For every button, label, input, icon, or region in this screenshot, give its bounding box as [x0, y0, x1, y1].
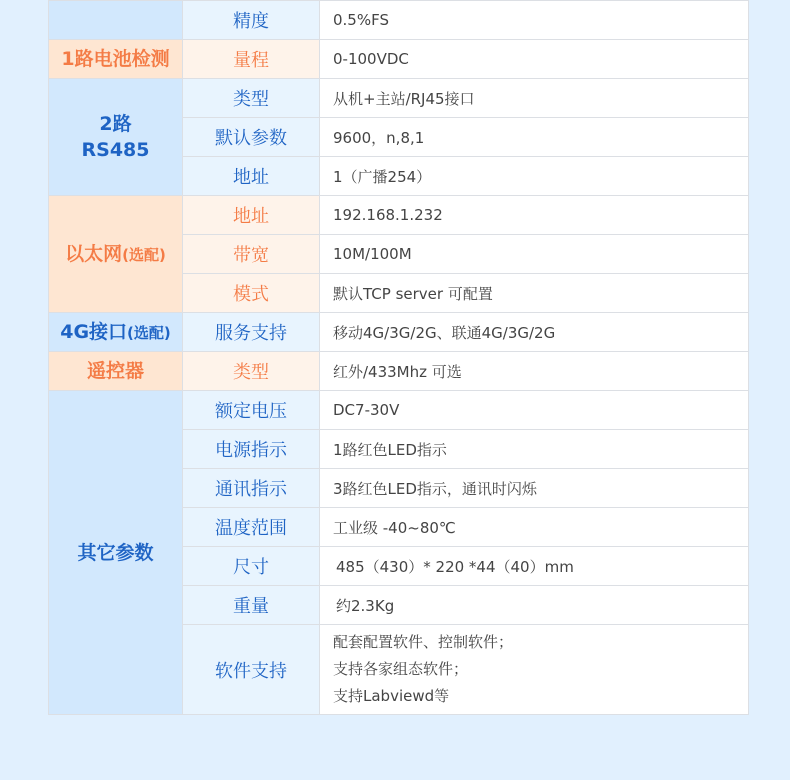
- spec-value-software: 配套配置软件、控制软件； 支持各家组态软件； 支持Labviewd等: [320, 625, 749, 715]
- spec-label-ip-address: 地址: [183, 196, 320, 235]
- spec-value-bandwidth: 10M/100M: [320, 235, 749, 274]
- spec-value-rs485-type: 从机+主站/RJ45接口: [320, 79, 749, 118]
- spec-label-mode: 模式: [183, 274, 320, 313]
- spec-value-comm-indicator: 3路红色LED指示，通讯时闪烁: [320, 469, 749, 508]
- spec-value-default-params: 9600，n,8,1: [320, 118, 749, 157]
- group-cell-rs485: 2路 RS485: [49, 79, 183, 196]
- group-cell-other: 其它参数: [49, 391, 183, 715]
- group-cell-ethernet: 以太网(选配): [49, 196, 183, 313]
- spec-value-accuracy: 0.5%FS: [320, 1, 749, 40]
- table-row: 4G接口(选配) 服务支持 移动4G/3G/2G、联通4G/3G/2G: [49, 313, 749, 352]
- spec-label-comm-indicator: 通讯指示: [183, 469, 320, 508]
- group-rs485-line2: RS485: [49, 137, 182, 163]
- spec-value-rs485-address: 1（广播254）: [320, 157, 749, 196]
- table-row: 以太网(选配) 地址 192.168.1.232: [49, 196, 749, 235]
- spec-label-rs485-address: 地址: [183, 157, 320, 196]
- spec-value-power-indicator: 1路红色LED指示: [320, 430, 749, 469]
- spec-value-temperature: 工业级 -40~80℃: [320, 508, 749, 547]
- software-line-3: 支持Labviewd等: [333, 683, 748, 710]
- spec-label-rated-voltage: 额定电压: [183, 391, 320, 430]
- spec-label-remote-type: 类型: [183, 352, 320, 391]
- group-ethernet-label: 以太网: [65, 243, 122, 265]
- spec-label-default-params: 默认参数: [183, 118, 320, 157]
- spec-value-range: 0-100VDC: [320, 40, 749, 79]
- table-row: 2路 RS485 类型 从机+主站/RJ45接口: [49, 79, 749, 118]
- table-row: 其它参数 额定电压 DC7-30V: [49, 391, 749, 430]
- software-line-1: 配套配置软件、控制软件；: [333, 629, 748, 656]
- spec-value-rated-voltage: DC7-30V: [320, 391, 749, 430]
- group-cell-top: [49, 1, 183, 40]
- spec-value-ip-address: 192.168.1.232: [320, 196, 749, 235]
- spec-value-weight: 约2.3Kg: [320, 586, 749, 625]
- table-row: 1路电池检测 量程 0-100VDC: [49, 40, 749, 79]
- group-cell-4g: 4G接口(选配): [49, 313, 183, 352]
- spec-label-temperature: 温度范围: [183, 508, 320, 547]
- spec-label-bandwidth: 带宽: [183, 235, 320, 274]
- spec-label-weight: 重量: [183, 586, 320, 625]
- spec-label-rs485-type: 类型: [183, 79, 320, 118]
- spec-label-size: 尺寸: [183, 547, 320, 586]
- spec-value-remote-type: 红外/433Mhz 可选: [320, 352, 749, 391]
- software-line-2: 支持各家组态软件；: [333, 656, 748, 683]
- spec-value-mode: 默认TCP server 可配置: [320, 274, 749, 313]
- group-rs485-line1: 2路: [49, 111, 182, 137]
- spec-label-range: 量程: [183, 40, 320, 79]
- spec-value-service: 移动4G/3G/2G、联通4G/3G/2G: [320, 313, 749, 352]
- group-ethernet-note: (选配): [122, 246, 166, 264]
- group-cell-remote: 遥控器: [49, 352, 183, 391]
- spec-value-size: 485（430）* 220 *44（40）mm: [320, 547, 749, 586]
- spec-label-power-indicator: 电源指示: [183, 430, 320, 469]
- table-row: 遥控器 类型 红外/433Mhz 可选: [49, 352, 749, 391]
- group-4g-note: (选配): [127, 324, 171, 342]
- group-4g-label: 4G接口: [60, 321, 127, 343]
- spec-label-service: 服务支持: [183, 313, 320, 352]
- group-cell-battery: 1路电池检测: [49, 40, 183, 79]
- table-row: 精度 0.5%FS: [49, 1, 749, 40]
- spec-label-software: 软件支持: [183, 625, 320, 715]
- spec-table: 精度 0.5%FS 1路电池检测 量程 0-100VDC 2路 RS485 类型…: [48, 0, 749, 715]
- spec-label-accuracy: 精度: [183, 1, 320, 40]
